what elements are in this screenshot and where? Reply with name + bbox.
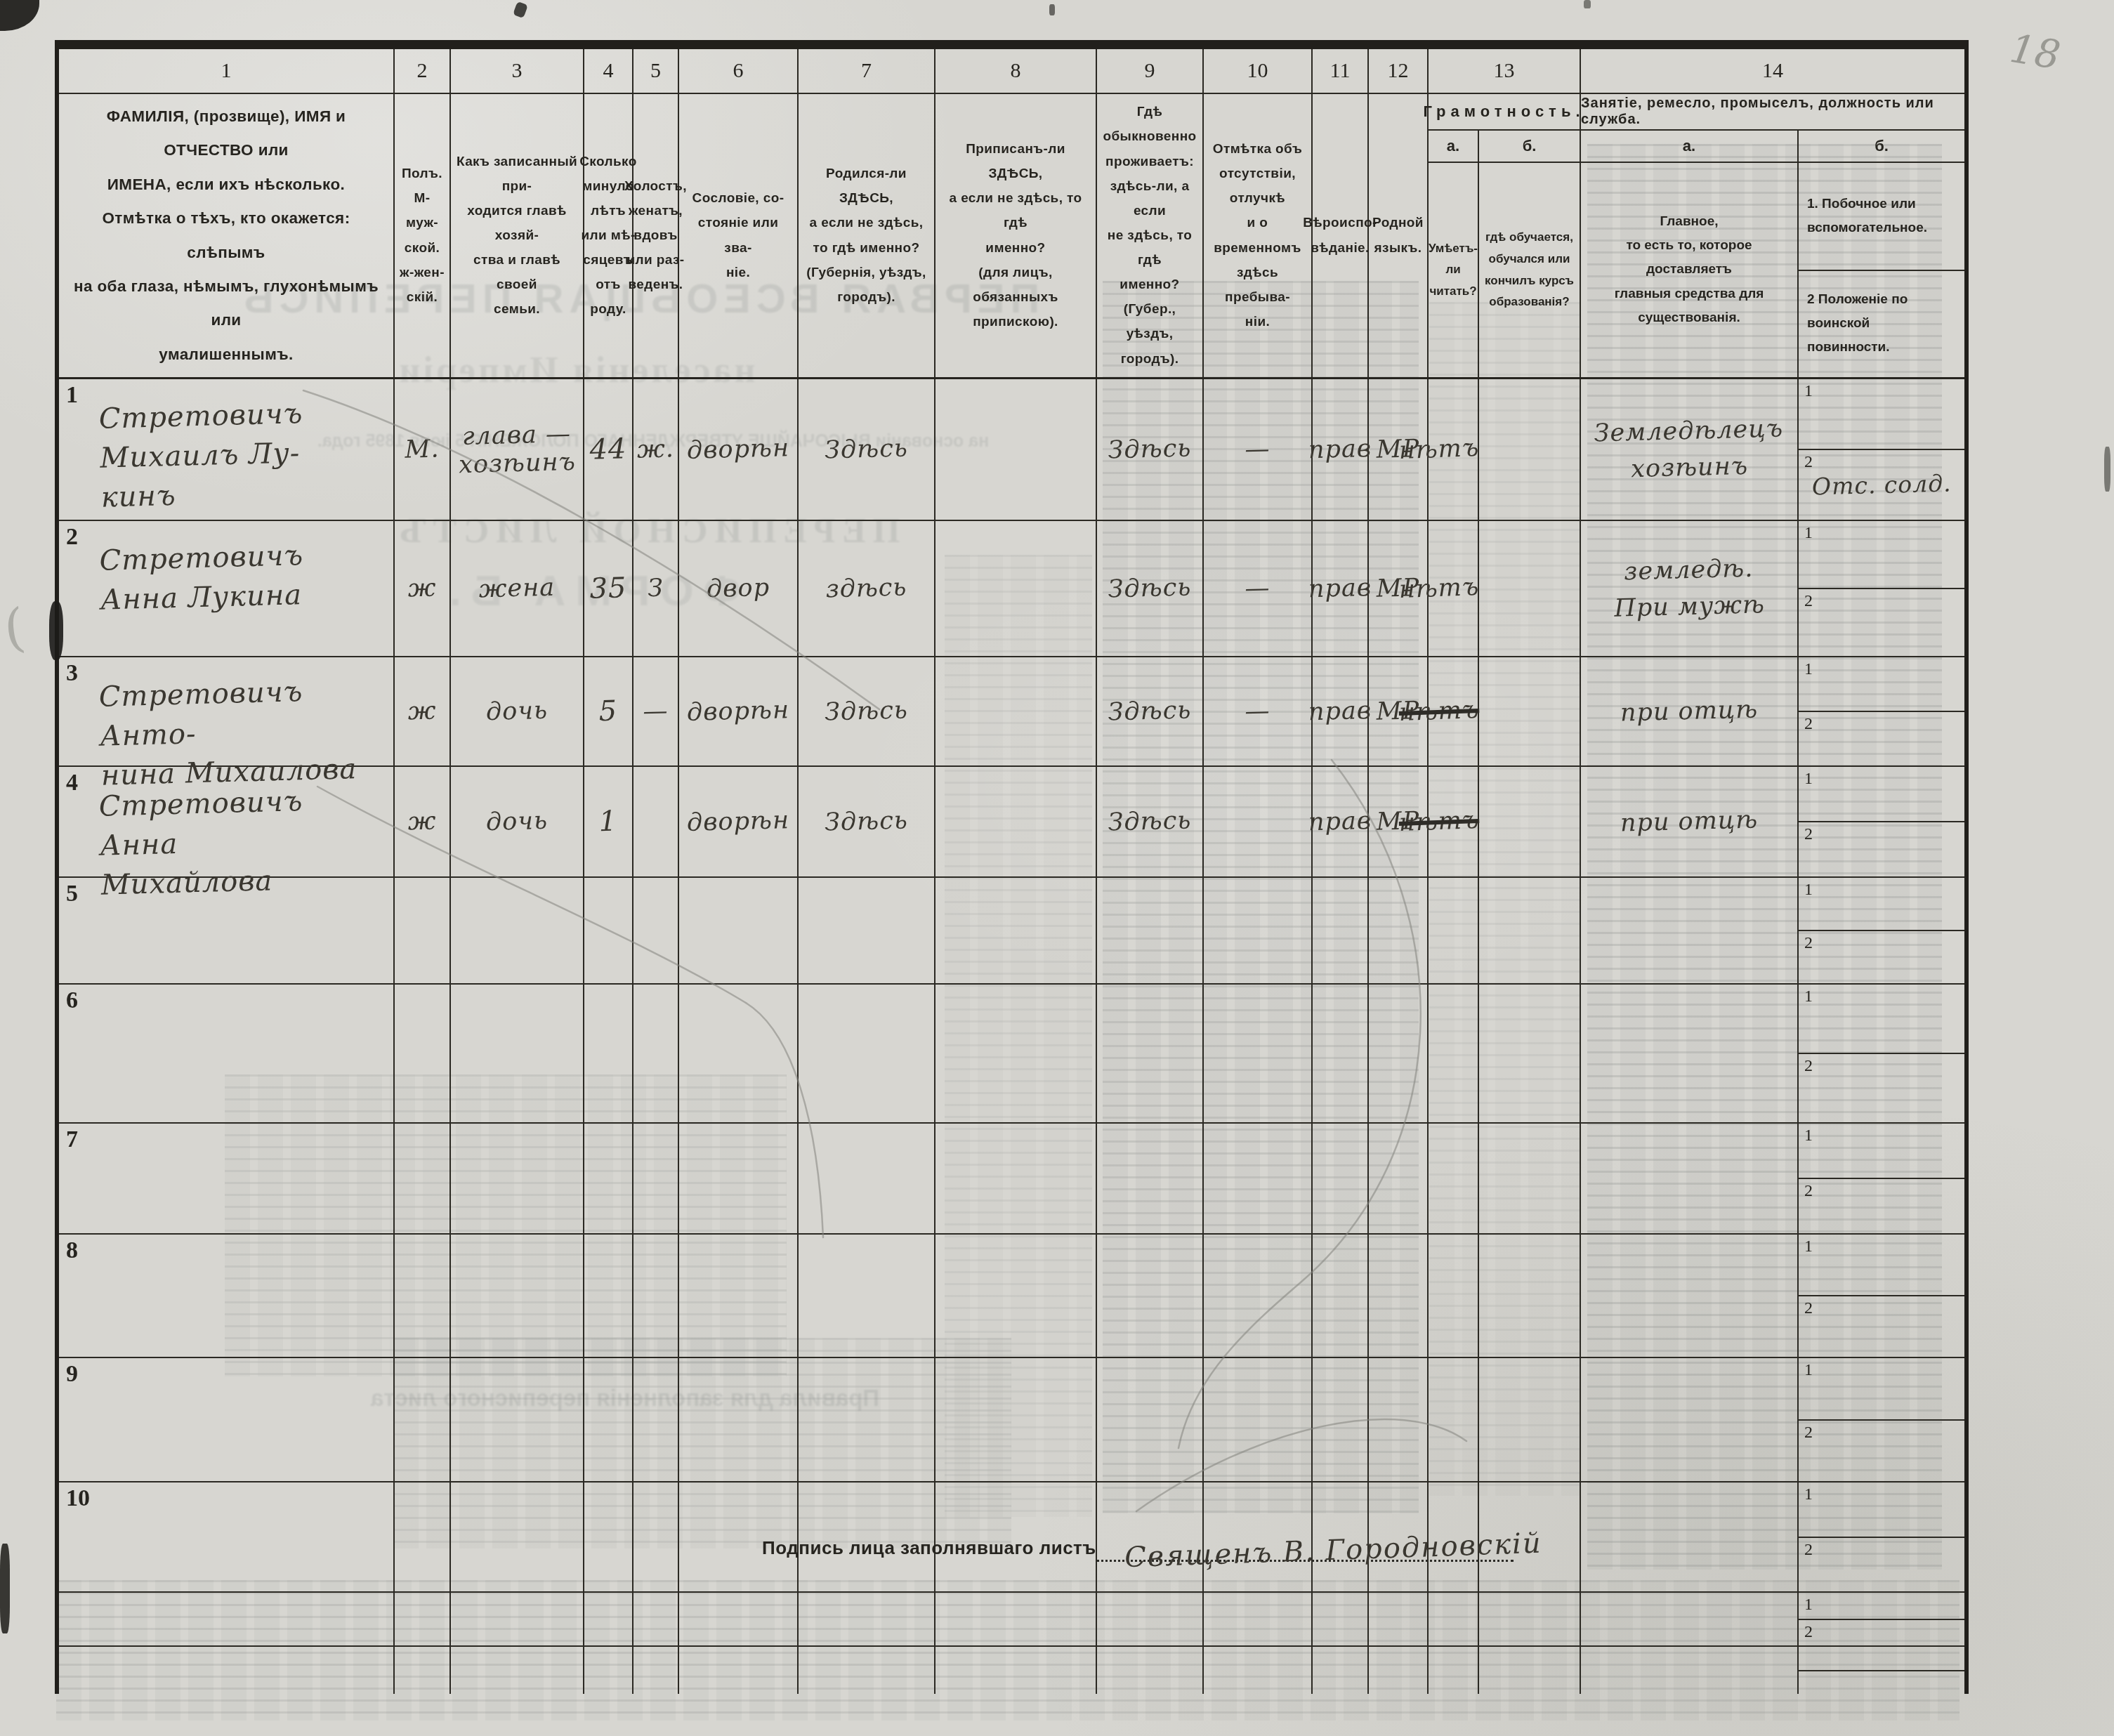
subcolumn-labels: а. б. — [1429, 131, 1580, 163]
col-header-13-literacy: 13 Грамотность. а. б. Умѣетъ- ли читать?… — [1429, 49, 1581, 377]
entry-residence: Здѣсь — [1096, 765, 1204, 878]
cell-sex: ж — [395, 657, 451, 765]
cell-marital — [633, 1358, 679, 1481]
entry-occ_main: при отцѣ — [1580, 764, 1799, 879]
ink-smudge — [0, 0, 39, 31]
cell-residence — [1097, 1124, 1204, 1233]
subcell-occ_side — [1799, 1647, 1964, 1671]
table-row: 912 — [59, 1358, 1964, 1482]
cell-absence: — — [1204, 657, 1313, 765]
subcell-occ_side: 1 — [1799, 379, 1964, 450]
col-number: 4 — [584, 49, 632, 94]
entry-absence: — — [1202, 378, 1313, 521]
table-row: 812 — [59, 1235, 1964, 1358]
cell-religion — [1313, 1593, 1369, 1645]
cell-occ_main — [1581, 1358, 1799, 1481]
col-number: 12 — [1369, 49, 1427, 94]
cell-marital — [633, 1124, 679, 1233]
cell-language — [1369, 985, 1429, 1122]
cell-literacy — [1429, 1124, 1479, 1233]
cell-born: Здѣсь — [799, 657, 935, 765]
signature-label: Подпись лица заполнявшаго листъ — [762, 1537, 1096, 1562]
cell-residence: Здѣсь — [1097, 521, 1204, 656]
cell-residence — [1097, 985, 1204, 1122]
entry-residence: Здѣсь — [1096, 520, 1204, 657]
table-row: 2Стретовичъ Анна Лукинажжена35Здворздѣсь… — [59, 521, 1964, 657]
cell-born — [799, 1647, 935, 1694]
subcell-occ_side: 1 — [1799, 767, 1964, 822]
subcell-military: 2 — [1799, 1296, 1964, 1357]
cell-age: 35 — [584, 521, 633, 656]
cell-age — [584, 1124, 633, 1233]
cell-absence — [1204, 1647, 1313, 1694]
entry-name: Стретовичъ Михаилъ Лу- кинъ — [58, 375, 395, 518]
subcol-b-label: б. — [1799, 131, 1964, 162]
subcell-occ_side: 1 — [1799, 1358, 1964, 1421]
cell-age — [584, 1593, 633, 1645]
cell-age — [584, 1235, 633, 1357]
col-header-9: 9 Гдѣ обыкновенно проживаетъ: здѣсь-ли, … — [1097, 49, 1204, 377]
col-number: 13 — [1429, 49, 1580, 94]
subcolumn-texts: Умѣетъ- ли читать? гдѣ обучается, обучал… — [1429, 163, 1580, 377]
cell-religion: прав — [1313, 521, 1369, 656]
subcell-military: 2 — [1799, 1421, 1964, 1482]
subcell-military: 2 — [1799, 1620, 1964, 1646]
col-header-11: 11 Вѣроиспо- вѣданіе. — [1313, 49, 1369, 377]
entry-relation: глава — хозѣинъ — [449, 378, 584, 522]
cell-age: 1 — [584, 767, 633, 876]
col-header-text: Родился-ли ЗДѢСЬ, а если не здѣсь, то гд… — [799, 94, 934, 377]
col-header-3: 3 Какъ записанный при- ходится главѣ хоз… — [451, 49, 584, 377]
col-header-text: Сословіе, со- стояніе или зва- ніе. — [679, 94, 797, 377]
cell-sex — [395, 1482, 451, 1591]
cell-residence — [1097, 1647, 1204, 1694]
cell-education — [1479, 657, 1581, 765]
col-header-text: Гдѣ обыкновенно проживаетъ: здѣсь-ли, а … — [1097, 94, 1202, 377]
cell-occ_main — [1581, 878, 1799, 983]
col-number: 9 — [1097, 49, 1202, 94]
subcell-occ_side: 1 — [1799, 985, 1964, 1054]
subcell-military: 2 — [1799, 822, 1964, 876]
cell-relation: жена — [451, 521, 584, 656]
row-number: 8 — [66, 1237, 78, 1264]
subcell-number: 2 — [1804, 1057, 1813, 1076]
cell-education — [1479, 1124, 1581, 1233]
entry-relation: дочь — [449, 765, 584, 879]
subcell-number: 2 — [1804, 1423, 1813, 1442]
entry-military: Отс. солд. — [1811, 469, 1952, 500]
col-header-1: 1 ФАМИЛІЯ, (прозвище), ИМЯ и ОТЧЕСТВО ил… — [59, 49, 395, 377]
cell-sex — [395, 1593, 451, 1645]
entry-name: Стретовичъ Анна Лукина — [58, 517, 394, 621]
entry-born: Здѣсь — [796, 378, 935, 522]
cell-estate — [679, 1124, 799, 1233]
cell-religion: прав — [1313, 767, 1369, 876]
cell-born: Здѣсь — [799, 379, 935, 520]
cell-literacy — [1429, 878, 1479, 983]
cell-estate — [679, 1235, 799, 1357]
subcell-occ_side: 1 — [1799, 521, 1964, 589]
cell-occupation-side — [1799, 1647, 1964, 1694]
subcell-number: 1 — [1804, 660, 1813, 679]
entry-born: Здѣсь — [797, 656, 935, 768]
entry-estate: двор — [678, 520, 799, 657]
cell-estate: дворѣн — [679, 657, 799, 765]
col-header-text: Вѣроиспо- вѣданіе. — [1313, 94, 1367, 377]
col-number: 8 — [935, 49, 1096, 94]
entry-relation: жена — [449, 520, 585, 658]
cell-name: 4Стретовичъ Анна Михайлова — [59, 767, 395, 876]
cell-marital: ж. — [633, 379, 679, 520]
subcell-number: 2 — [1804, 453, 1813, 472]
col-header-text: Полъ. М-муж- ской. ж-жен- скій. — [395, 94, 449, 377]
cell-occ_main — [1581, 1124, 1799, 1233]
cell-age — [584, 1358, 633, 1481]
cell-sex — [395, 1358, 451, 1481]
subcell-occ_side: 1 — [1799, 1593, 1964, 1620]
subcell-number: 2 — [1804, 1299, 1813, 1318]
cell-absence — [1204, 1124, 1313, 1233]
cell-age — [584, 878, 633, 983]
cell-religion — [1313, 1647, 1369, 1694]
cell-residence — [1097, 878, 1204, 983]
cell-occ_main — [1581, 1593, 1799, 1645]
cell-religion — [1313, 1124, 1369, 1233]
subcell-number: 2 — [1804, 1182, 1813, 1201]
entry-age: 44 — [582, 379, 633, 520]
cell-sex — [395, 1647, 451, 1694]
entry-estate: дворѣн — [677, 378, 799, 521]
entry-sex: ж — [393, 657, 451, 766]
cell-age: 5 — [584, 657, 633, 765]
col-header-8: 8 Приписанъ-ли ЗДѢСЬ, а если не здѣсь, т… — [935, 49, 1097, 377]
cell-occ_main — [1581, 985, 1799, 1122]
cell-occupation-side: 12 — [1799, 1593, 1964, 1645]
cell-registered — [935, 657, 1097, 765]
cell-marital — [633, 1235, 679, 1357]
cell-sex: М. — [395, 379, 451, 520]
cell-occ_main: земледѣ. При мужѣ — [1581, 521, 1799, 656]
subcell-military — [1799, 1671, 1964, 1695]
cell-estate — [679, 1593, 799, 1645]
signature-line: Священъ В. Городновскій — [1096, 1527, 1514, 1562]
cell-language — [1369, 1235, 1429, 1357]
subcolumn-texts: Главное, то есть то, которое доставляетъ… — [1581, 163, 1964, 377]
subcell-occ_side: 1 — [1799, 1482, 1964, 1538]
cell-education — [1479, 985, 1581, 1122]
entry-estate: дворѣн — [678, 765, 799, 878]
subcell-military: 2 — [1799, 931, 1964, 983]
cell-absence — [1204, 1235, 1313, 1357]
subcell-military: 2 — [1799, 1054, 1964, 1122]
col-number: 10 — [1204, 49, 1311, 94]
subcell-number: 2 — [1804, 1541, 1813, 1560]
ink-smudge — [513, 1, 528, 18]
col-header-text: Родной языкъ. — [1369, 94, 1427, 377]
subcell-number: 1 — [1804, 1237, 1813, 1256]
cell-marital — [633, 1593, 679, 1645]
col-number: 7 — [799, 49, 934, 94]
cell-name: 6 — [59, 985, 395, 1122]
subcell-number: 2 — [1804, 934, 1813, 953]
group-title: Грамотность. — [1429, 94, 1580, 131]
table-row: 712 — [59, 1124, 1964, 1235]
cell-language — [1369, 1358, 1429, 1481]
cell-sex — [395, 985, 451, 1122]
cell-residence: Здѣсь — [1097, 379, 1204, 520]
row-number: 10 — [66, 1485, 90, 1512]
col-header-text: Приписанъ-ли ЗДѢСЬ, а если не здѣсь, то … — [935, 94, 1096, 377]
entry-residence: Здѣсь — [1095, 378, 1204, 521]
cell-absence — [1204, 1358, 1313, 1481]
cell-language — [1369, 1647, 1429, 1694]
entry-religion: прав — [1311, 657, 1369, 766]
cell-registered — [935, 878, 1097, 983]
subcell-number: 1 — [1804, 1485, 1813, 1504]
cell-occ_main: Земледѣлецъ хозѣинъ — [1581, 379, 1799, 520]
cell-name — [59, 1647, 395, 1694]
row-number: 9 — [66, 1361, 78, 1388]
subcell-number: 1 — [1804, 1361, 1813, 1380]
col-number: 2 — [395, 49, 449, 94]
subcell-number: 2 — [1804, 592, 1813, 611]
cell-occupation-side: 12 — [1799, 985, 1964, 1122]
subcol-a-text: Умѣетъ- ли читать? — [1429, 163, 1479, 377]
subcol-b-text: 1. Побочное или вспомогательное. 2 Полож… — [1799, 163, 1964, 377]
row-number: 6 — [66, 987, 78, 1014]
cell-relation: дочь — [451, 767, 584, 876]
cell-occupation-side: 12 — [1799, 1482, 1964, 1591]
cell-education — [1479, 1235, 1581, 1357]
cell-absence — [1204, 767, 1313, 876]
row-number: 7 — [66, 1126, 78, 1153]
cell-age — [584, 1647, 633, 1694]
side-occupation-label: 1. Побочное или вспомогательное. — [1799, 163, 1964, 271]
cell-occupation-side: 12 — [1799, 878, 1964, 983]
col-header-2: 2 Полъ. М-муж- ской. ж-жен- скій. — [395, 49, 451, 377]
cell-born — [799, 985, 935, 1122]
subcell-military: 2 — [1799, 589, 1964, 656]
cell-marital — [633, 1482, 679, 1591]
entry-marital: ж. — [631, 379, 679, 520]
table-row: 1Стретовичъ Михаилъ Лу- кинъМ.глава — хо… — [59, 379, 1964, 521]
subcell-military: 2 — [1799, 1179, 1964, 1233]
entry-religion: прав — [1311, 766, 1369, 877]
cell-religion: прав — [1313, 657, 1369, 765]
cell-occupation-side: 12Отс. солд. — [1799, 379, 1964, 520]
cell-occupation-side: 12 — [1799, 1358, 1964, 1481]
entry-age: 1 — [583, 766, 633, 877]
cell-name: 9 — [59, 1358, 395, 1481]
cell-education — [1479, 1647, 1581, 1694]
cell-sex — [395, 1124, 451, 1233]
cell-residence — [1097, 1358, 1204, 1481]
cell-marital — [633, 878, 679, 983]
cell-name: 5 — [59, 878, 395, 983]
entry-literacy: нѣтъ — [1412, 520, 1466, 657]
table-row: 4Стретовичъ Анна Михайловаждочь1дворѣнЗд… — [59, 767, 1964, 878]
cell-absence: — — [1204, 521, 1313, 656]
subcol-a-label: а. — [1429, 131, 1479, 162]
col-header-6: 6 Сословіе, со- стояніе или зва- ніе. — [679, 49, 799, 377]
row-number: 5 — [66, 881, 78, 907]
subcell-occ_side: 1 — [1799, 1235, 1964, 1296]
subcol-a-text: Главное, то есть то, которое доставляетъ… — [1581, 163, 1799, 377]
entry-occ_main: земледѣ. При мужѣ — [1580, 518, 1799, 659]
cell-residence — [1097, 1235, 1204, 1357]
cell-religion — [1313, 985, 1369, 1122]
cell-name: 1Стретовичъ Михаилъ Лу- кинъ — [59, 379, 395, 520]
subcol-b-text: гдѣ обучается, обучался или кончилъ курс… — [1479, 163, 1580, 377]
census-table: 1 ФАМИЛІЯ, (прозвище), ИМЯ и ОТЧЕСТВО ил… — [55, 40, 1969, 1694]
cell-born — [799, 1124, 935, 1233]
cell-name — [59, 1593, 395, 1645]
cell-registered — [935, 1358, 1097, 1481]
entry-absence: — — [1202, 520, 1313, 657]
pencil-mark: ( — [1, 598, 28, 660]
cell-registered — [935, 379, 1097, 520]
cell-born: Здѣсь — [799, 767, 935, 876]
cell-born — [799, 1593, 935, 1645]
cell-age — [584, 1482, 633, 1591]
cell-age: 44 — [584, 379, 633, 520]
cell-language — [1369, 1124, 1429, 1233]
cell-occ_main: при отцѣ — [1581, 767, 1799, 876]
cell-education — [1479, 767, 1581, 876]
subcell-military: 2Отс. солд. — [1799, 450, 1964, 520]
cell-registered — [935, 1593, 1097, 1645]
cell-occ_main — [1581, 1482, 1799, 1591]
subcell-occ_side: 1 — [1799, 657, 1964, 712]
col-number: 1 — [59, 49, 393, 94]
subcell-number: 1 — [1804, 987, 1813, 1006]
cell-name: 8 — [59, 1235, 395, 1357]
cell-registered — [935, 1124, 1097, 1233]
subcell-number: 1 — [1804, 1596, 1813, 1615]
entry-relation: дочь — [449, 656, 584, 768]
cell-literacy — [1429, 1358, 1479, 1481]
cell-literacy: нѣтъ — [1429, 379, 1479, 520]
cell-marital: — — [633, 657, 679, 765]
col-number: 11 — [1313, 49, 1367, 94]
cell-relation — [451, 1235, 584, 1357]
cell-occupation-side: 12 — [1799, 657, 1964, 765]
cell-religion — [1313, 1358, 1369, 1481]
cell-sex — [395, 878, 451, 983]
census-sheet-scan: ПЕРВАЯ ВСЕОБЩАЯ ПЕРЕПИСЬ населенія Импер… — [0, 0, 2114, 1736]
entry-born: Здѣсь — [797, 765, 935, 879]
cell-relation — [451, 1647, 584, 1694]
subcolumn-labels: а. б. — [1581, 131, 1964, 163]
cell-relation: дочь — [451, 657, 584, 765]
cell-estate: дворѣн — [679, 379, 799, 520]
col-header-12: 12 Родной языкъ. — [1369, 49, 1429, 377]
cell-language — [1369, 1593, 1429, 1645]
entry-religion: прав — [1311, 379, 1369, 520]
subcell-number: 1 — [1804, 770, 1813, 789]
subcell-number: 1 — [1804, 524, 1813, 543]
entry-born: здѣсь — [797, 520, 936, 658]
entry-religion: прав — [1311, 520, 1370, 657]
cell-name: 2Стретовичъ Анна Лукина — [59, 521, 395, 656]
col-number: 5 — [633, 49, 678, 94]
cell-born: здѣсь — [799, 521, 935, 656]
entry-age: 35 — [582, 520, 633, 657]
cell-relation — [451, 878, 584, 983]
cell-marital — [633, 767, 679, 876]
cell-estate — [679, 985, 799, 1122]
col-header-5: 5 Холостъ, женатъ, вдовъ или раз- веденъ… — [633, 49, 679, 377]
cell-marital — [633, 1647, 679, 1694]
subcol-a-label: а. — [1581, 131, 1799, 162]
subcell-occ_side: 1 — [1799, 878, 1964, 931]
col-header-10: 10 Отмѣтка объ отсутствіи, отлучкѣ и о в… — [1204, 49, 1313, 377]
cell-occupation-side: 12 — [1799, 1235, 1964, 1357]
entry-occ_main: при отцѣ — [1580, 655, 1799, 768]
subcell-occ_side: 1 — [1799, 1124, 1964, 1179]
cell-estate: дворѣн — [679, 767, 799, 876]
cell-relation — [451, 1593, 584, 1645]
cell-name: 10 — [59, 1482, 395, 1591]
entry-absence: — — [1202, 656, 1313, 767]
cell-occ_main — [1581, 1235, 1799, 1357]
entry-residence: Здѣсь — [1096, 656, 1204, 767]
col-header-text: ФАМИЛІЯ, (прозвище), ИМЯ и ОТЧЕСТВО или … — [59, 94, 393, 377]
cell-registered — [935, 521, 1097, 656]
cell-born — [799, 1358, 935, 1481]
cell-literacy — [1429, 1647, 1479, 1694]
entry-occ_main: Земледѣлецъ хозѣинъ — [1579, 376, 1799, 522]
subcell-number: 2 — [1804, 715, 1813, 734]
entry-sex: ж — [393, 766, 451, 877]
entry-age: 5 — [583, 657, 633, 766]
col-header-text: Какъ записанный при- ходится главѣ хозяй… — [451, 94, 583, 377]
col-number: 6 — [679, 49, 797, 94]
cell-estate — [679, 1647, 799, 1694]
table-row: 12 — [59, 1593, 1964, 1647]
entry-sex: М. — [393, 379, 451, 520]
cell-education — [1479, 521, 1581, 656]
cell-language — [1369, 878, 1429, 983]
cell-sex — [395, 1235, 451, 1357]
table-row — [59, 1647, 1964, 1694]
entry-estate: дворѣн — [678, 656, 799, 767]
entry-literacy: нѣтъ — [1412, 766, 1465, 877]
cell-education — [1479, 878, 1581, 983]
cell-literacy — [1429, 1593, 1479, 1645]
col-header-text: Холостъ, женатъ, вдовъ или раз- веденъ. — [633, 94, 678, 377]
cell-literacy — [1429, 985, 1479, 1122]
entry-marital: З — [631, 520, 679, 657]
cell-sex: ж — [395, 521, 451, 656]
cell-estate — [679, 1358, 799, 1481]
page-number: 18 — [2007, 26, 2063, 79]
cell-residence — [1097, 1593, 1204, 1645]
cell-absence: — — [1204, 379, 1313, 520]
cell-occupation-side: 12 — [1799, 1124, 1964, 1233]
ink-smudge — [0, 1544, 10, 1633]
subcell-military: 2 — [1799, 712, 1964, 765]
table-row: 612 — [59, 985, 1964, 1124]
ink-smudge — [49, 601, 63, 660]
ink-smudge — [2104, 447, 2110, 492]
signature-row: Подпись лица заполнявшаго листъ Священъ … — [762, 1527, 1514, 1562]
cell-relation — [451, 1482, 584, 1591]
cell-absence — [1204, 878, 1313, 983]
col-header-7: 7 Родился-ли ЗДѢСЬ, а если не здѣсь, то … — [799, 49, 935, 377]
cell-literacy: нѣтъ — [1429, 521, 1479, 656]
subcell-number: 1 — [1804, 382, 1813, 401]
